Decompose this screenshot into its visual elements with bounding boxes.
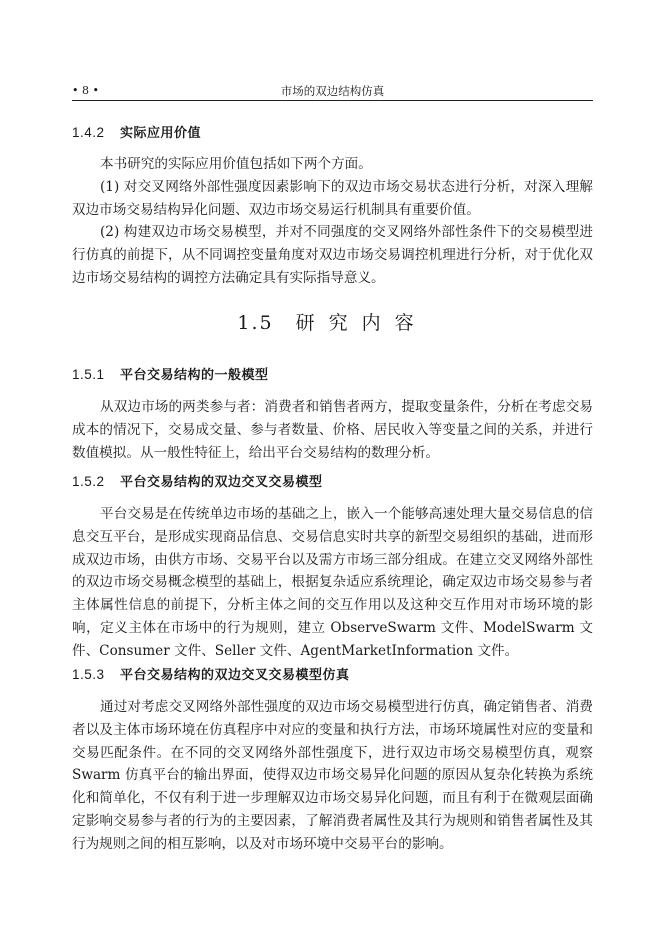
paragraph: 本书研究的实际应用价值包括如下两个方面。 (72, 153, 593, 176)
section-title: 实际应用价值 (120, 126, 201, 141)
paragraph: (1) 对交叉网络外部性强度因素影响下的双边市场交易状态进行分析，对深入理解双边… (72, 176, 593, 222)
section-title: 平台交易结构的一般模型 (120, 368, 269, 383)
section-title: 平台交易结构的双边交叉交易模型仿真 (120, 668, 350, 683)
section-heading-1-5-3: 1.5.3平台交易结构的双边交叉交易模型仿真 (72, 664, 350, 683)
section-number: 1.5.3 (72, 667, 120, 682)
chapter-section-heading-1-5: 1.5研究内容 (72, 308, 593, 335)
paragraph: 从双边市场的两类参与者：消费者和销售者两方，提取变量条件，分析在考虑交易成本的情… (72, 396, 593, 464)
paragraph: (2) 构建双边市场交易模型，并对不同强度的交叉网络外部性条件下的交易模型进行仿… (72, 221, 593, 289)
section-body-1-4-2: 本书研究的实际应用价值包括如下两个方面。 (1) 对交叉网络外部性强度因素影响下… (72, 153, 593, 290)
paragraph: 通过对考虑交叉网络外部性强度的双边市场交易模型进行仿真，确定销售者、消费者以及主… (72, 696, 593, 856)
section-number: 1.5 (237, 312, 273, 334)
section-number: 1.4.2 (72, 125, 120, 140)
section-number: 1.5.1 (72, 367, 120, 382)
section-title: 平台交易结构的双边交叉交易模型 (120, 475, 323, 490)
section-heading-1-5-1: 1.5.1平台交易结构的一般模型 (72, 364, 269, 383)
running-head-title: 市场的双边结构仿真 (72, 83, 593, 99)
paragraph: 平台交易是在传统单边市场的基础之上，嵌入一个能够高速处理大量交易信息的信息交互平… (72, 503, 593, 663)
section-number: 1.5.2 (72, 474, 120, 489)
section-title: 研究内容 (296, 312, 428, 334)
section-body-1-5-3: 通过对考虑交叉网络外部性强度的双边市场交易模型进行仿真，确定销售者、消费者以及主… (72, 696, 593, 856)
section-heading-1-4-2: 1.4.2实际应用价值 (72, 122, 201, 141)
section-body-1-5-1: 从双边市场的两类参与者：消费者和销售者两方，提取变量条件，分析在考虑交易成本的情… (72, 396, 593, 464)
running-head: • 8 • 市场的双边结构仿真 (72, 82, 593, 101)
section-heading-1-5-2: 1.5.2平台交易结构的双边交叉交易模型 (72, 471, 323, 490)
section-body-1-5-2: 平台交易是在传统单边市场的基础之上，嵌入一个能够高速处理大量交易信息的信息交互平… (72, 503, 593, 663)
